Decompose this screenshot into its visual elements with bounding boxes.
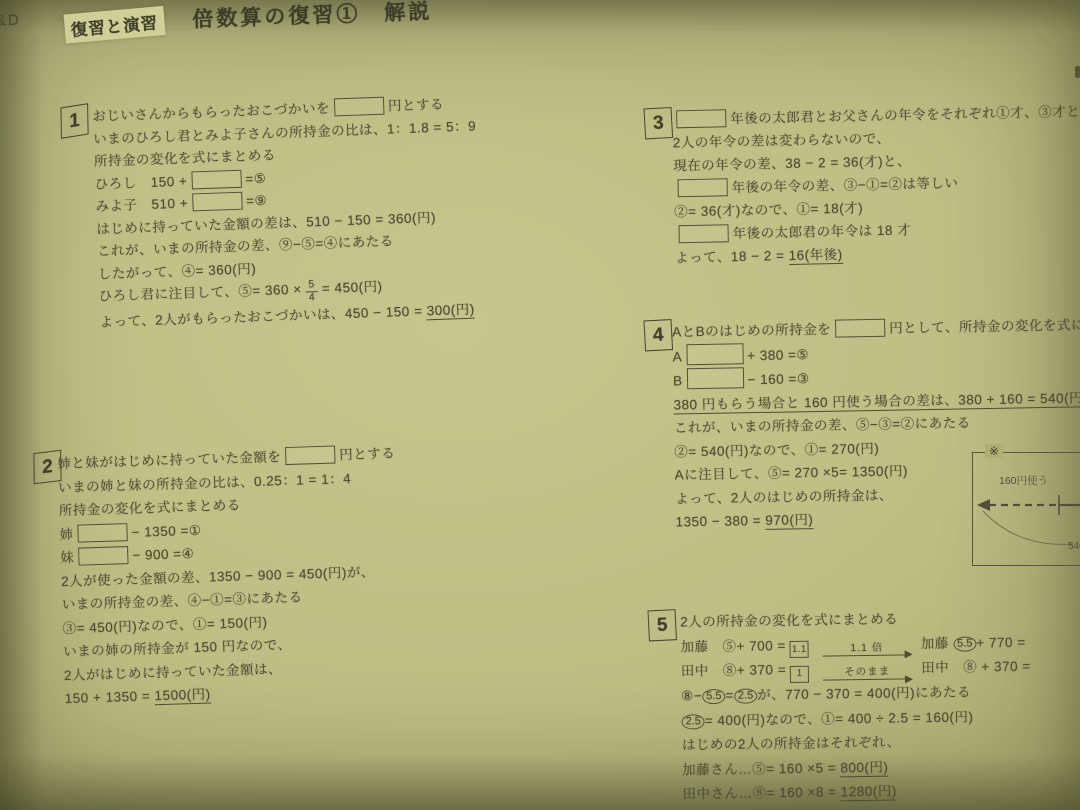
- solution-text: ②= 540(円)なので、①= 270(円): [674, 440, 879, 459]
- solution-text: 円とする: [339, 446, 395, 463]
- problem-solution: おじいさんからもらったおこづかいを円とするいまのひろし君とみよ子さんの所持金の比…: [92, 88, 588, 334]
- fraction-denominator: 4: [306, 292, 319, 304]
- page-edge-mark: [1075, 66, 1080, 78]
- solution-text: ③= 450(円)なので、①= 150(円): [62, 614, 267, 635]
- solution-text: 田中さん…⑧= 160 ×8 =: [682, 784, 840, 801]
- blank-box: [686, 343, 743, 365]
- solution-text: 年後の年令の差、③−①=②は等しい: [732, 175, 959, 195]
- blank-box: [192, 192, 243, 212]
- solution-text: 加藤 ⑤+ 700 =: [680, 638, 785, 654]
- problem-block-5: 52人の所持金の変化を式にまとめる加藤 ⑤+ 700 =1.11.1 倍加藤 5…: [648, 604, 1080, 808]
- problem-number-badge: 5: [647, 609, 676, 641]
- solution-text: おじいさんからもらったおこづかいを: [92, 101, 330, 124]
- underlined-answer: 300(円): [426, 301, 475, 320]
- underlined-answer: 16(年後): [788, 247, 842, 265]
- blank-box: [77, 523, 128, 543]
- partial-value: 540: [1068, 541, 1080, 552]
- money-change-diagram: 160円使う 540: [973, 453, 1080, 563]
- solution-text: − 160 =③: [747, 371, 809, 387]
- solution-text: =⑨: [246, 193, 268, 209]
- underlined-answer: 1280(円): [841, 784, 897, 802]
- solution-text: AとBのはじめの所持金を: [672, 322, 831, 340]
- solution-text: + 770 =: [976, 634, 1026, 650]
- solution-text: ②= 36(才)なので、①= 18(才): [674, 200, 863, 219]
- solution-text: 加藤: [921, 635, 953, 650]
- arrow-label: そのまま: [844, 667, 890, 679]
- solution-text: いまの所持金の差、④−①=③にあたる: [62, 590, 303, 613]
- solution-text: 1350 − 380 =: [675, 513, 765, 530]
- solution-text: Aに注目して、⑤= 270 ×5= 1350(円): [675, 463, 908, 482]
- solution-text: 所持金の変化を式にまとめる: [59, 498, 241, 519]
- blank-box: [78, 546, 129, 566]
- solution-text: 加藤さん…⑤= 160 ×5 =: [682, 760, 840, 777]
- boxed-number: 1.1: [790, 641, 809, 658]
- header-badge: 復習と演習: [64, 6, 166, 44]
- solution-text: 姉と妹がはじめに持っていた金額を: [57, 449, 281, 471]
- solution-text: ひろし君に注目して、⑤= 360 ×: [98, 282, 301, 304]
- arrow-shaft-icon: [823, 679, 911, 681]
- solution-text: =: [725, 688, 734, 703]
- problem-number-badge: 2: [33, 450, 61, 484]
- page-header: 復習と演習 倍数算の復習① 解説: [64, 0, 433, 41]
- problem-block-2: 2姉と妹がはじめに持っていた金額を円とするいまの姉と妹の所持金の比は、0.25：…: [33, 436, 561, 712]
- problem-solution: 2人の所持金の変化を式にまとめる加藤 ⑤+ 700 =1.11.1 倍加藤 5.…: [680, 604, 1080, 807]
- boxed-number: 1: [790, 666, 809, 683]
- solution-text: ひろし 150 +: [94, 173, 187, 191]
- solution-text: = 400(円)なので、①= 400 ÷ 2.5 = 160(円): [705, 709, 974, 728]
- solution-text: よって、2人のはじめの所持金は、: [675, 487, 893, 506]
- solution-text: 2人がはじめに持っていた金額は、: [64, 661, 282, 683]
- solution-text: =⑤: [245, 170, 267, 186]
- solution-text: B: [673, 373, 683, 388]
- circled-decimal: 5.5: [702, 689, 726, 704]
- curve-line: [983, 511, 1073, 544]
- problem-number-badge: 1: [60, 103, 88, 139]
- solution-text: よって、18 − 2 =: [675, 248, 789, 265]
- solution-text: − 900 =④: [132, 546, 194, 563]
- problem-solution: 姉と妹がはじめに持っていた金額を円とするいまの姉と妹の所持金の比は、0.25：1…: [57, 436, 561, 711]
- problem-number-badge: 4: [643, 319, 673, 351]
- worksheet-photo: &D 復習と演習 倍数算の復習① 解説 1おじいさんからもらったおこづかいを円と…: [0, 0, 1080, 810]
- problem-block-1: 1おじいさんからもらったおこづかいを円とするいまのひろし君とみよ子さんの所持金の…: [60, 88, 588, 335]
- solution-text: 現在の年令の差、38 − 2 = 36(才)と、: [673, 153, 911, 173]
- solution-text: 2人の年令の差は変わらないので、: [673, 131, 891, 151]
- solution-text: 年後の太郎君の年令は 18 才: [732, 222, 911, 241]
- blank-box: [686, 367, 743, 389]
- arrow-caption: 160円使う: [999, 474, 1048, 487]
- solution-text: A: [673, 349, 683, 364]
- solution-text: 妹: [60, 550, 74, 565]
- underlined-answer: 800(円): [840, 759, 888, 777]
- blank-box: [676, 109, 726, 128]
- solution-text: 年後の太郎君とお父さんの年令をそれぞれ①才、③才とする: [730, 103, 1080, 126]
- solution-text: いまの姉と妹の所持金の比は、0.25：1 = 1：4: [58, 471, 352, 495]
- fraction: 54: [305, 280, 318, 305]
- solution-text: 円とする: [388, 97, 444, 114]
- solution-text: いまの姉の所持金が 150 円なので、: [63, 637, 292, 659]
- arrow-shaft-icon: [823, 654, 911, 656]
- corner-mark: &D: [0, 12, 21, 30]
- transform-arrow: 1.1 倍: [823, 642, 911, 656]
- left-arrowhead-icon: [977, 499, 990, 511]
- underlined-answer: 970(円): [765, 512, 813, 530]
- solution-text: 所持金の変化を式にまとめる: [94, 148, 276, 169]
- solution-line: 田中さん…⑧= 160 ×8 = 1280(円): [682, 777, 1080, 807]
- circled-decimal: 2.5: [734, 688, 758, 703]
- circled-decimal: 2.5: [681, 714, 705, 729]
- solution-text: ⑧−: [681, 688, 702, 703]
- solution-text: = 450(円): [322, 279, 383, 296]
- solution-text: みよ子 510 +: [95, 196, 188, 214]
- underlined-answer: 1500(円): [154, 687, 211, 706]
- solution-text: 田中 ⑧ + 370 =: [921, 659, 1031, 676]
- solution-text: したがって、④= 360(円): [98, 261, 257, 282]
- blank-box: [285, 446, 336, 466]
- blank-box: [678, 224, 728, 243]
- solution-text: 田中 ⑧+ 370 =: [681, 662, 786, 678]
- solution-text: 姉: [59, 526, 73, 541]
- solution-text: − 1350 =①: [131, 522, 201, 539]
- solution-text: 150 + 1350 =: [65, 688, 155, 706]
- blank-box: [835, 319, 885, 338]
- blank-box: [334, 97, 385, 117]
- solution-text: 2人の所持金の変化を式にまとめる: [680, 612, 898, 630]
- problem-block-3: 3年後の太郎君とお父さんの年令をそれぞれ①才、③才とする2人の年令の差は変わらな…: [644, 98, 1080, 270]
- circled-decimal: 5.5: [953, 636, 977, 651]
- underlined-answer: 380 円もらう場合と 160 円使う場合の差は、380 + 160 = 540…: [673, 390, 1080, 414]
- problem-number-badge: 3: [643, 107, 673, 140]
- solution-text: これが、いまの所持金の差、⑤−③=②にあたる: [674, 415, 971, 435]
- problem-solution: 年後の太郎君とお父さんの年令をそれぞれ①才、③才とする2人の年令の差は変わらない…: [672, 98, 1080, 269]
- solution-text: + 380 =⑤: [747, 347, 809, 363]
- blank-box: [678, 178, 728, 197]
- note-box: ※ 160円使う 540: [972, 452, 1080, 566]
- transform-arrow: そのまま: [823, 667, 911, 681]
- arrow-label: 1.1 倍: [850, 642, 883, 653]
- solution-text: 円として、所持金の変化を式に: [889, 317, 1080, 335]
- solution-text: はじめの2人の所持金はそれぞれ、: [682, 734, 901, 752]
- blank-box: [191, 169, 242, 189]
- solution-text: が、770 − 370 = 400(円)にあたる: [757, 684, 971, 702]
- page-title: 倍数算の復習① 解説: [192, 0, 433, 31]
